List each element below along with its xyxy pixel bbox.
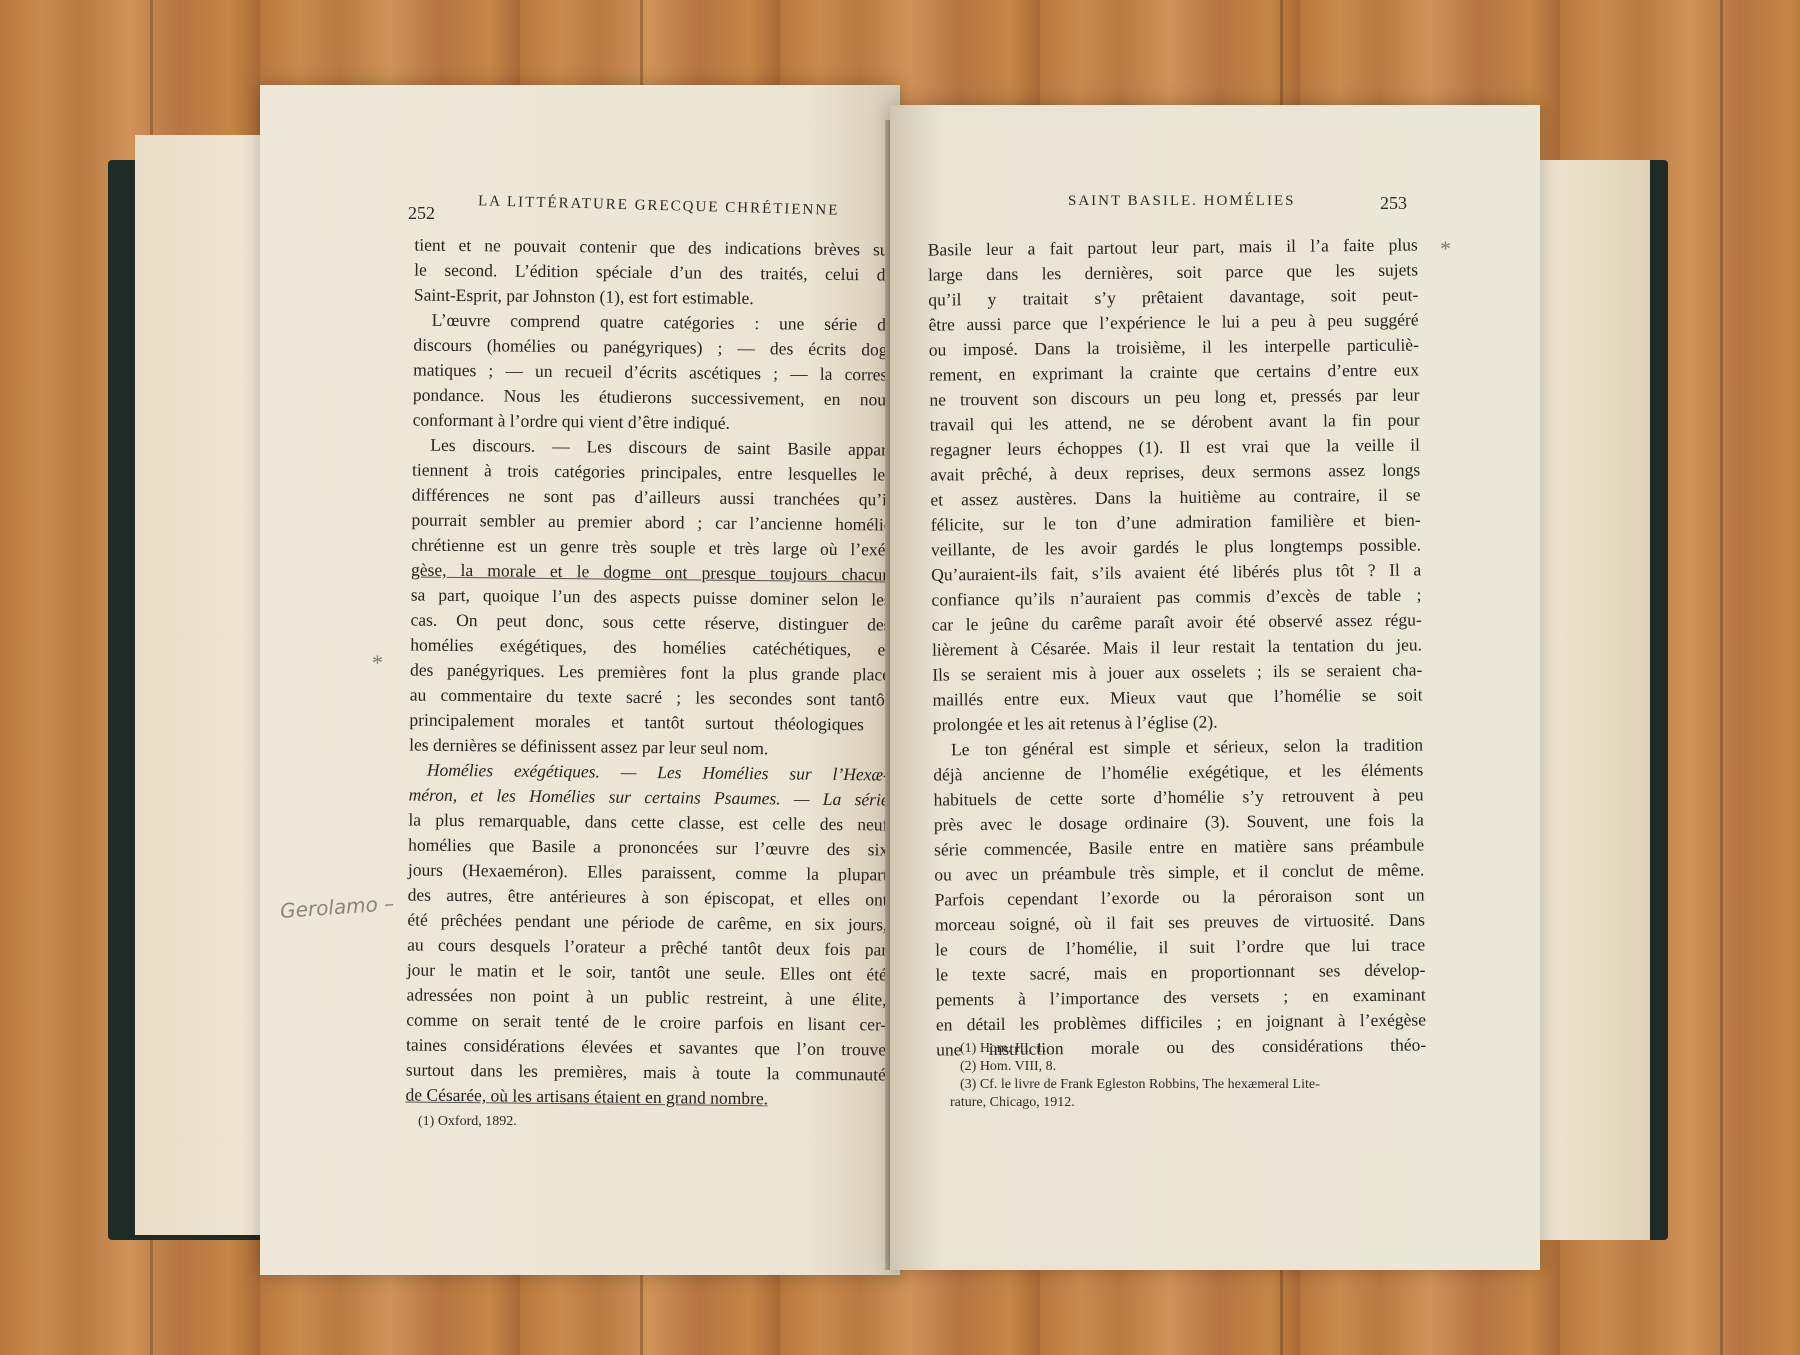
margin-asterisk-icon: * — [372, 650, 383, 676]
left-page: 252 LA LITTÉRATURE GRECQUE CHRÉTIENNE ti… — [260, 85, 900, 1275]
footnote: (2) Hom. VIII, 8. — [950, 1058, 1420, 1076]
wood-plank-seam — [1720, 0, 1723, 1355]
footnote: rature, Chicago, 1912. — [950, 1094, 1420, 1112]
text-line: maillés entre eux. Mieux vaut que l’homé… — [932, 682, 1422, 712]
page-number-left: 252 — [408, 203, 435, 224]
running-head-left: LA LITTÉRATURE GRECQUE CHRÉTIENNE — [478, 193, 840, 219]
footnote: (1) Oxford, 1892. — [418, 1113, 517, 1131]
right-page: SAINT BASILE. HOMÉLIES 253 Basile leur a… — [890, 105, 1540, 1270]
page-number-right: 253 — [1380, 193, 1407, 214]
text-line-underlined: de Césarée, où les artisans étaient en g… — [405, 1082, 885, 1112]
footnote: (3) Cf. le livre de Frank Egleston Robbi… — [950, 1076, 1420, 1094]
running-head-right: SAINT BASILE. HOMÉLIES — [1068, 193, 1295, 210]
page-edges-right — [1540, 160, 1650, 1240]
margin-asterisk-icon: * — [1440, 236, 1451, 262]
footnote: (1) Hom. III, 1. — [950, 1040, 1420, 1058]
footnotes-right: (1) Hom. III, 1. (2) Hom. VIII, 8. (3) C… — [950, 1040, 1420, 1112]
right-page-body: Basile leur a fait partout leur part, ma… — [928, 232, 1427, 1062]
left-page-body: tient et ne pouvait contenir que des ind… — [405, 233, 894, 1113]
